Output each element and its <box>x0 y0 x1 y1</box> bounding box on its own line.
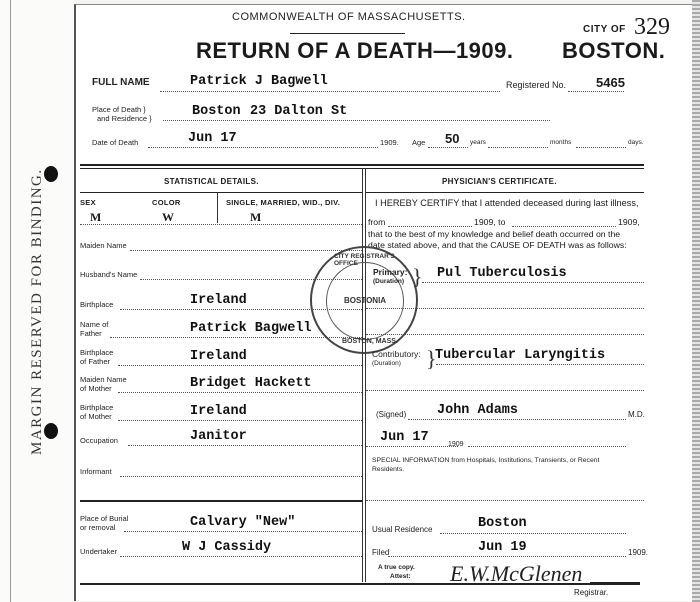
birthplace-label: Birthplace <box>80 300 113 309</box>
signed-date-line-2 <box>468 446 626 447</box>
margin-rule <box>10 0 11 602</box>
color-value: W <box>162 210 174 225</box>
contributory-duration-label: (Duration) <box>372 359 421 368</box>
place-label-line2: and Residence } <box>92 114 152 123</box>
primary-label-text: Primary: <box>373 268 408 277</box>
certify-line-3: date stated above, and that the CAUSE OF… <box>368 240 627 251</box>
margin-reserved-text: MARGIN RESERVED FOR BINDING. <box>29 168 46 455</box>
special-info-line <box>366 500 644 501</box>
signed-label: (Signed) <box>376 410 406 419</box>
mother-bp-label-line1: Birthplace <box>80 403 113 412</box>
page-edge <box>692 0 700 602</box>
mother-name-line <box>118 392 362 393</box>
marital-divider <box>217 193 218 223</box>
place-city-value: Boston <box>192 104 241 119</box>
cause-line-3 <box>366 334 644 335</box>
days-line <box>576 147 626 148</box>
registrar-signature: E.W.McGlenen <box>450 561 582 587</box>
burial-line <box>124 531 362 532</box>
section-double-rule <box>80 164 644 166</box>
years-label: years <box>470 138 486 147</box>
father-birthplace-value: Ireland <box>190 349 247 364</box>
commonwealth-heading: COMMONWEALTH OF MASSACHUSETTS. <box>232 11 466 23</box>
father-bp-label-line1: Birthplace <box>80 348 113 357</box>
father-name-label: Name of Father <box>80 320 108 338</box>
full-name-value: Patrick J Bagwell <box>190 74 328 89</box>
maiden-name-line <box>130 250 362 251</box>
marital-status-value: M <box>250 210 261 225</box>
mother-name-label: Maiden Name of Mother <box>80 375 127 393</box>
father-birthplace-label: Birthplace of Father <box>80 348 113 366</box>
signature-line <box>590 582 640 583</box>
father-birthplace-line <box>118 365 362 366</box>
physicians-certificate-heading: PHYSICIAN'S CERTIFICATE. <box>442 177 557 186</box>
full-name-line <box>160 91 500 92</box>
primary-brace: } <box>412 264 423 290</box>
mother-birthplace-label: Birthplace of Mother <box>80 403 113 421</box>
signed-year: 1909 <box>448 440 464 449</box>
md-label: M.D. <box>628 410 645 419</box>
certify-line-2: that to the best of my knowledge and bel… <box>368 229 620 240</box>
stat-heading-rule <box>80 192 362 193</box>
city-name: BOSTON. <box>562 38 665 64</box>
mother-name-value: Bridget Hackett <box>190 376 312 391</box>
certify-statement: I HEREBY CERTIFY that I attended decease… <box>375 198 639 209</box>
contributory-cause-value: Tubercular Laryngitis <box>435 348 605 363</box>
filed-date-value: Jun 19 <box>478 540 527 555</box>
burial-label: Place of Burial or removal <box>80 514 128 532</box>
column-divider <box>365 168 366 582</box>
signed-date-value: Jun 17 <box>380 430 429 445</box>
primary-label: Primary: (Duration) <box>373 268 408 286</box>
statistical-details-heading: STATISTICAL DETAILS. <box>164 177 259 186</box>
heading-rule <box>290 33 405 34</box>
burial-rule <box>80 500 362 502</box>
signed-line <box>408 419 626 420</box>
mother-birthplace-line <box>118 420 362 421</box>
registrar-label: Registrar. <box>574 588 608 597</box>
undertaker-line <box>120 556 362 557</box>
date-line <box>148 147 378 148</box>
date-of-death-label: Date of Death <box>92 138 138 147</box>
place-address-value: 23 Dalton St <box>250 104 347 119</box>
place-line <box>163 120 550 121</box>
burial-label-line2: or removal <box>80 523 128 532</box>
mother-bp-label-line2: of Mother <box>80 412 113 421</box>
filed-line <box>388 556 626 557</box>
column-divider <box>362 168 363 582</box>
filed-year: 1909. <box>628 548 648 557</box>
punch-hole-icon <box>44 166 58 182</box>
occupation-value: Janitor <box>190 429 247 444</box>
place-label-line1: Place of Death } <box>92 105 152 114</box>
informant-line <box>120 476 362 477</box>
birthplace-value: Ireland <box>190 293 247 308</box>
father-bp-label-line2: of Father <box>80 357 113 366</box>
seal-top-text: CITY REGISTRAR'S OFFICE <box>334 253 416 267</box>
phys-heading-rule <box>366 192 644 193</box>
from-label: from <box>368 217 385 228</box>
from-year: 1909, to <box>474 217 505 228</box>
special-information-label: SPECIAL INFORMATION from Hospitals, Inst… <box>372 456 599 474</box>
months-label: months <box>550 138 571 147</box>
contributory-cause-line <box>436 364 644 365</box>
usual-residence-value: Boston <box>478 516 527 531</box>
city-of-label: CITY OF <box>583 24 626 35</box>
cause-line-2 <box>366 308 644 309</box>
to-year: 1909, <box>618 217 640 228</box>
place-of-death-label: Place of Death } and Residence } <box>92 105 152 123</box>
father-label-line2: Father <box>80 329 108 338</box>
informant-label: Informant <box>80 467 112 476</box>
registered-no-value: 5465 <box>596 75 625 90</box>
months-line <box>488 147 548 148</box>
husbands-name-label: Husband's Name <box>80 270 137 279</box>
physician-name-value: John Adams <box>437 403 518 418</box>
age-label: Age <box>412 138 425 147</box>
special-info-line2: Residents. <box>372 465 599 474</box>
age-value: 50 <box>445 131 459 146</box>
marital-status-label: SINGLE, MARRIED, WID., DIV. <box>226 198 340 207</box>
occupation-label: Occupation <box>80 436 118 445</box>
undertaker-value: W J Cassidy <box>182 540 271 555</box>
filed-label: Filed <box>372 548 389 557</box>
contributory-label: Contributory: (Duration) <box>372 350 421 368</box>
burial-value: Calvary "New" <box>190 515 295 530</box>
page-number: 329 <box>634 14 670 41</box>
father-name-value: Patrick Bagwell <box>190 321 312 336</box>
mother-label-line1: Maiden Name <box>80 375 127 384</box>
form-title: RETURN OF A DEATH—1909. <box>196 38 514 64</box>
seal-bottom-text: BOSTON, MASS. <box>342 338 398 345</box>
to-line <box>512 226 616 227</box>
burial-label-line1: Place of Burial <box>80 514 128 523</box>
cause-line-5 <box>366 390 644 391</box>
punch-hole-icon <box>44 423 58 439</box>
primary-duration-label: (Duration) <box>373 277 408 286</box>
contributory-label-text: Contributory: <box>372 350 421 359</box>
full-name-label: FULL NAME <box>92 77 150 88</box>
color-label: COLOR <box>152 198 181 207</box>
true-copy-label: A true copy. <box>378 563 415 572</box>
date-of-death-value: Jun 17 <box>188 131 237 146</box>
days-label: days. <box>628 138 644 147</box>
seal-center-text: BOSTONIA <box>344 296 386 305</box>
binding-margin: MARGIN RESERVED FOR BINDING. <box>0 0 74 602</box>
mother-birthplace-value: Ireland <box>190 404 247 419</box>
city-registrar-seal-icon: CITY REGISTRAR'S OFFICE BOSTONIA BOSTON,… <box>310 246 418 354</box>
usual-residence-line <box>440 533 626 534</box>
usual-residence-label: Usual Residence <box>372 525 432 534</box>
primary-cause-line <box>422 282 644 283</box>
registered-no-line <box>568 91 624 92</box>
father-label-line1: Name of <box>80 320 108 329</box>
undertaker-label: Undertaker <box>80 547 117 556</box>
stat-row-line <box>80 224 362 225</box>
special-info-line1: SPECIAL INFORMATION from Hospitals, Inst… <box>372 456 599 465</box>
date-year: 1909. <box>380 138 399 147</box>
occupation-line <box>128 445 362 446</box>
maiden-name-label: Maiden Name <box>80 241 127 250</box>
sex-label: SEX <box>80 198 96 207</box>
sex-value: M <box>90 210 101 225</box>
age-line <box>428 147 468 148</box>
primary-cause-value: Pul Tuberculosis <box>437 266 567 281</box>
signed-date-line <box>366 446 458 447</box>
from-line <box>388 226 472 227</box>
registered-no-label: Registered No. <box>506 80 566 90</box>
attest-label: Attest: <box>390 572 411 581</box>
